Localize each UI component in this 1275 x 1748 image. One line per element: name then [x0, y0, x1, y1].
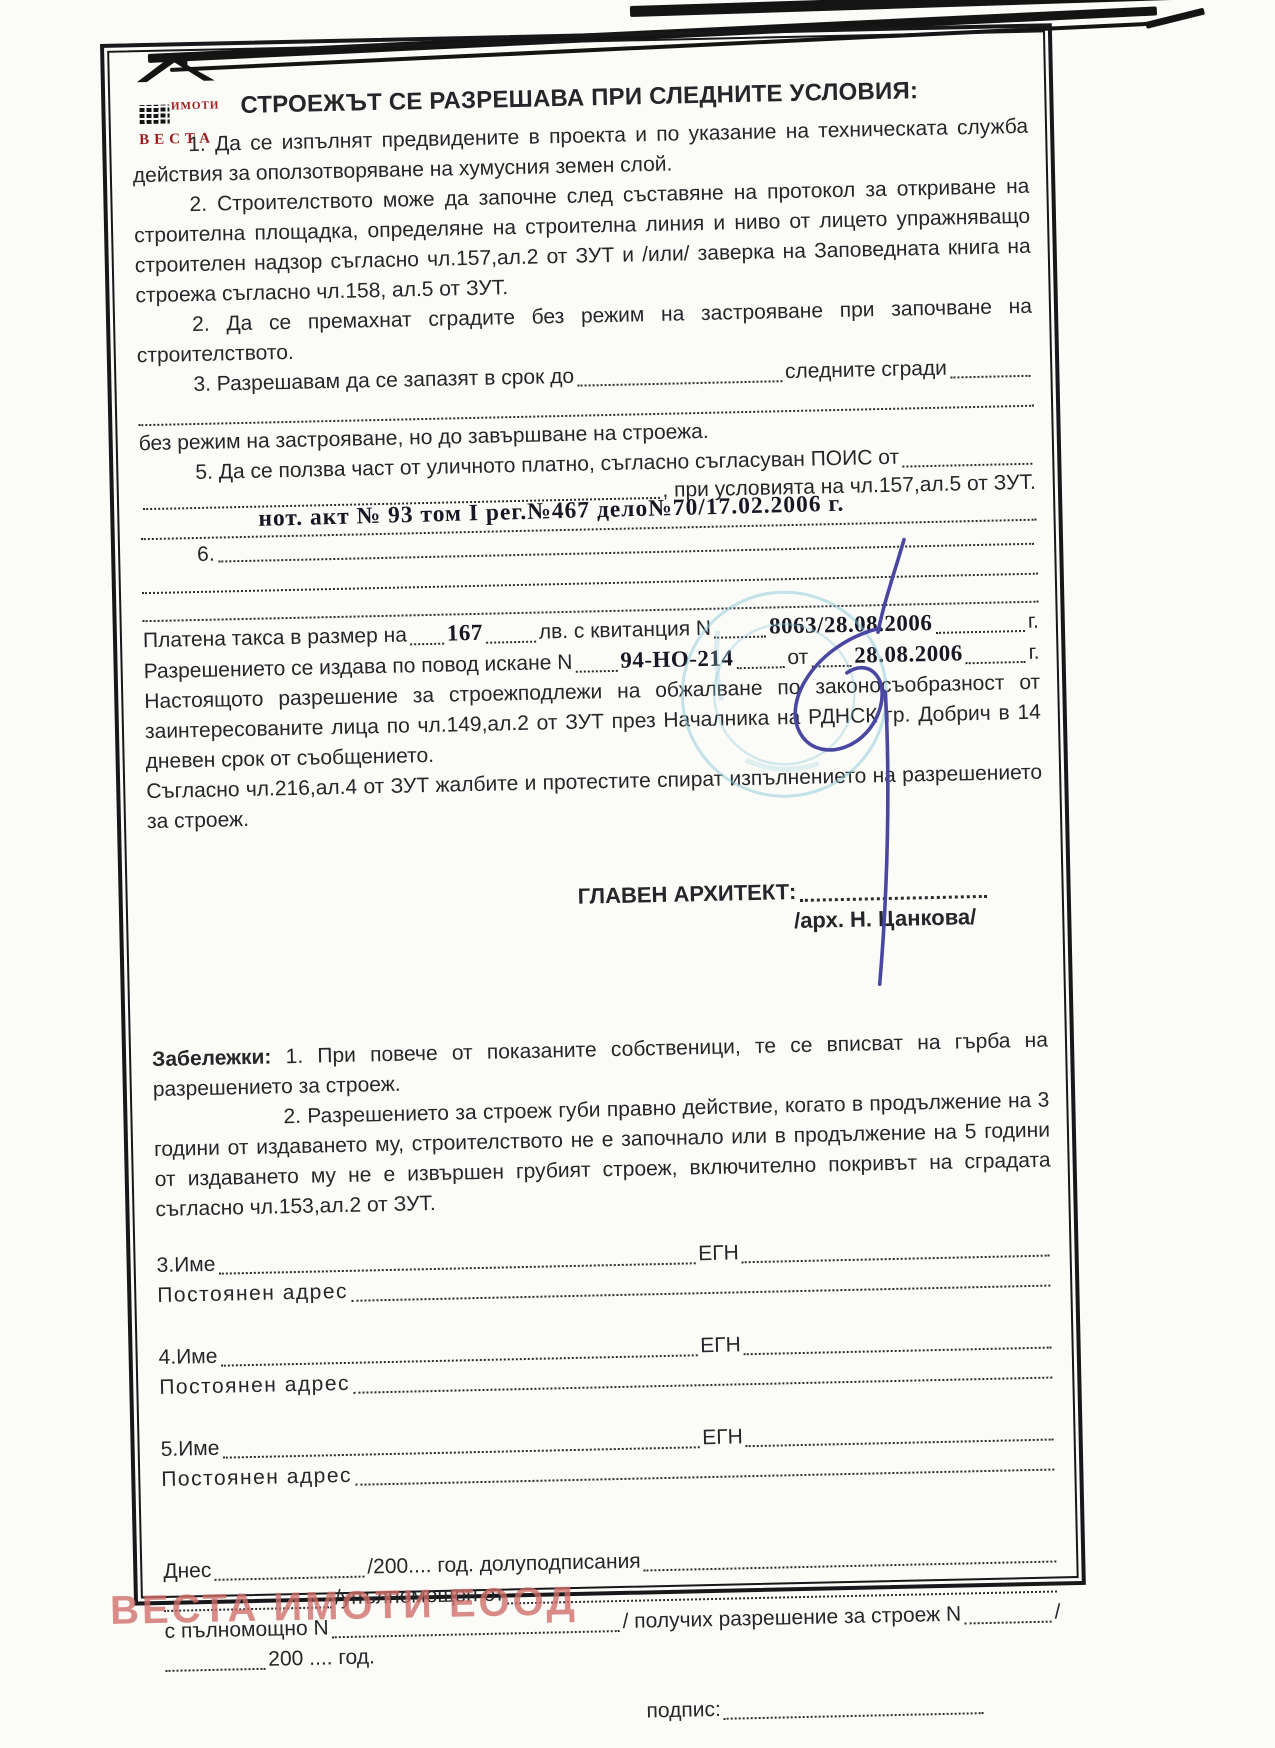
fill-in-blank: [355, 1469, 1054, 1486]
fee-receipt-value: 8063/28.08.2006: [769, 608, 933, 642]
fill-in-blank: [486, 641, 536, 644]
signature-blank: [799, 895, 986, 902]
fill-in-blank: [737, 666, 785, 669]
owner-3-name-label: 3.Име: [156, 1250, 215, 1281]
signature-row: подпис:: [646, 1689, 987, 1726]
fill-in-blank: [714, 636, 766, 639]
fill-in-blank: [353, 1377, 1052, 1394]
logo-vesta-text: ВЕСТА: [134, 123, 221, 155]
fill-in-blank: [165, 1668, 265, 1672]
logo-imoti-text: ИМОТИ: [171, 90, 220, 121]
scanned-document-page: ИМОТИ ВЕСТА СТРОЕЖЪТ СЕ РАЗРЕШАВА ПРИ СЛ…: [0, 0, 1275, 1748]
permit-sheet: ИМОТИ ВЕСТА СТРОЕЖЪТ СЕ РАЗРЕШАВА ПРИ СЛ…: [100, 23, 1086, 1605]
notes-label: Забележки:: [152, 1046, 272, 1072]
owner-fields-4: 4.Име ЕГН Постоянен адрес: [158, 1323, 1055, 1403]
fee-mid-text: лв. с квитанция N: [539, 614, 712, 648]
request-number-value: 94-НО-214: [620, 643, 734, 675]
signature-blank: [724, 1712, 984, 1720]
owner-3-egn-label: ЕГН: [698, 1238, 739, 1269]
item3-post-text: следните сгради: [785, 354, 948, 388]
notes-section: Забележки: 1. При повече от показаните с…: [152, 1026, 1052, 1226]
owner-5-name-label: 5.Име: [160, 1434, 219, 1465]
house-roof-icon: [135, 51, 216, 83]
fill-in-blank: [351, 1285, 1050, 1302]
owner-fields-5: 5.Име ЕГН Постоянен адрес: [160, 1415, 1057, 1495]
signature-label: подпис:: [646, 1695, 721, 1727]
fill-in-blank: [811, 665, 851, 668]
receipt-line4-text: 200 .... год.: [268, 1642, 375, 1674]
architect-signature-block: ГЛАВЕН АРХИТЕКТ: /арх. Н. Цанкова/: [577, 873, 990, 940]
receipt-line1-pre: Днес: [163, 1556, 212, 1587]
note-2: 2. Разрешението за строеж губи правно де…: [153, 1086, 1051, 1226]
receipt-line3-end: /: [1054, 1597, 1060, 1627]
receipt-line1-mid: /200.... год. долуподписания: [367, 1547, 641, 1583]
owner-4-egn-label: ЕГН: [700, 1330, 741, 1361]
fill-in-blank: [577, 380, 782, 386]
owner-fields-3: 3.Име ЕГН Постоянен адрес: [156, 1232, 1053, 1312]
vesta-imoti-logo: ИМОТИ ВЕСТА: [132, 51, 220, 155]
fill-in-blank: [936, 630, 1026, 634]
fill-in-blank: [966, 661, 1026, 664]
document-content: ИМОТИ ВЕСТА СТРОЕЖЪТ СЕ РАЗРЕШАВА ПРИ СЛ…: [130, 38, 1059, 1585]
fill-in-blank: [964, 1621, 1052, 1625]
request-suffix-text: г.: [1028, 638, 1040, 668]
fill-in-blank: [215, 1576, 365, 1581]
fill-in-blank: [410, 643, 444, 646]
request-date-value: 28.08.2006: [854, 638, 963, 670]
item6-label: 6.: [141, 542, 215, 570]
logo-window-grid-icon: [139, 105, 169, 125]
request-mid-text: от: [787, 643, 808, 673]
fill-in-blank: [950, 375, 1030, 379]
fill-in-blank: [576, 670, 618, 673]
owner-5-egn-label: ЕГН: [702, 1422, 743, 1453]
owner-5-address-label: Постоянен адрес: [161, 1461, 352, 1495]
receipt-block: Днес /200.... год. долуподписания /упълн…: [163, 1537, 1063, 1737]
fee-suffix-text: г.: [1028, 607, 1040, 637]
owner-3-address-label: Постоянен адрес: [157, 1277, 348, 1311]
fee-amount-value: 167: [447, 618, 484, 649]
architect-label: ГЛАВЕН АРХИТЕКТ:: [577, 877, 796, 912]
fee-pre-text: Платена такса в размер на: [143, 620, 407, 656]
owner-4-name-label: 4.Име: [158, 1342, 217, 1373]
fill-in-blank: [902, 463, 1032, 468]
condition-item-2: 2. Строителството може да започне след с…: [133, 172, 1031, 312]
owner-4-address-label: Постоянен адрес: [159, 1369, 350, 1403]
